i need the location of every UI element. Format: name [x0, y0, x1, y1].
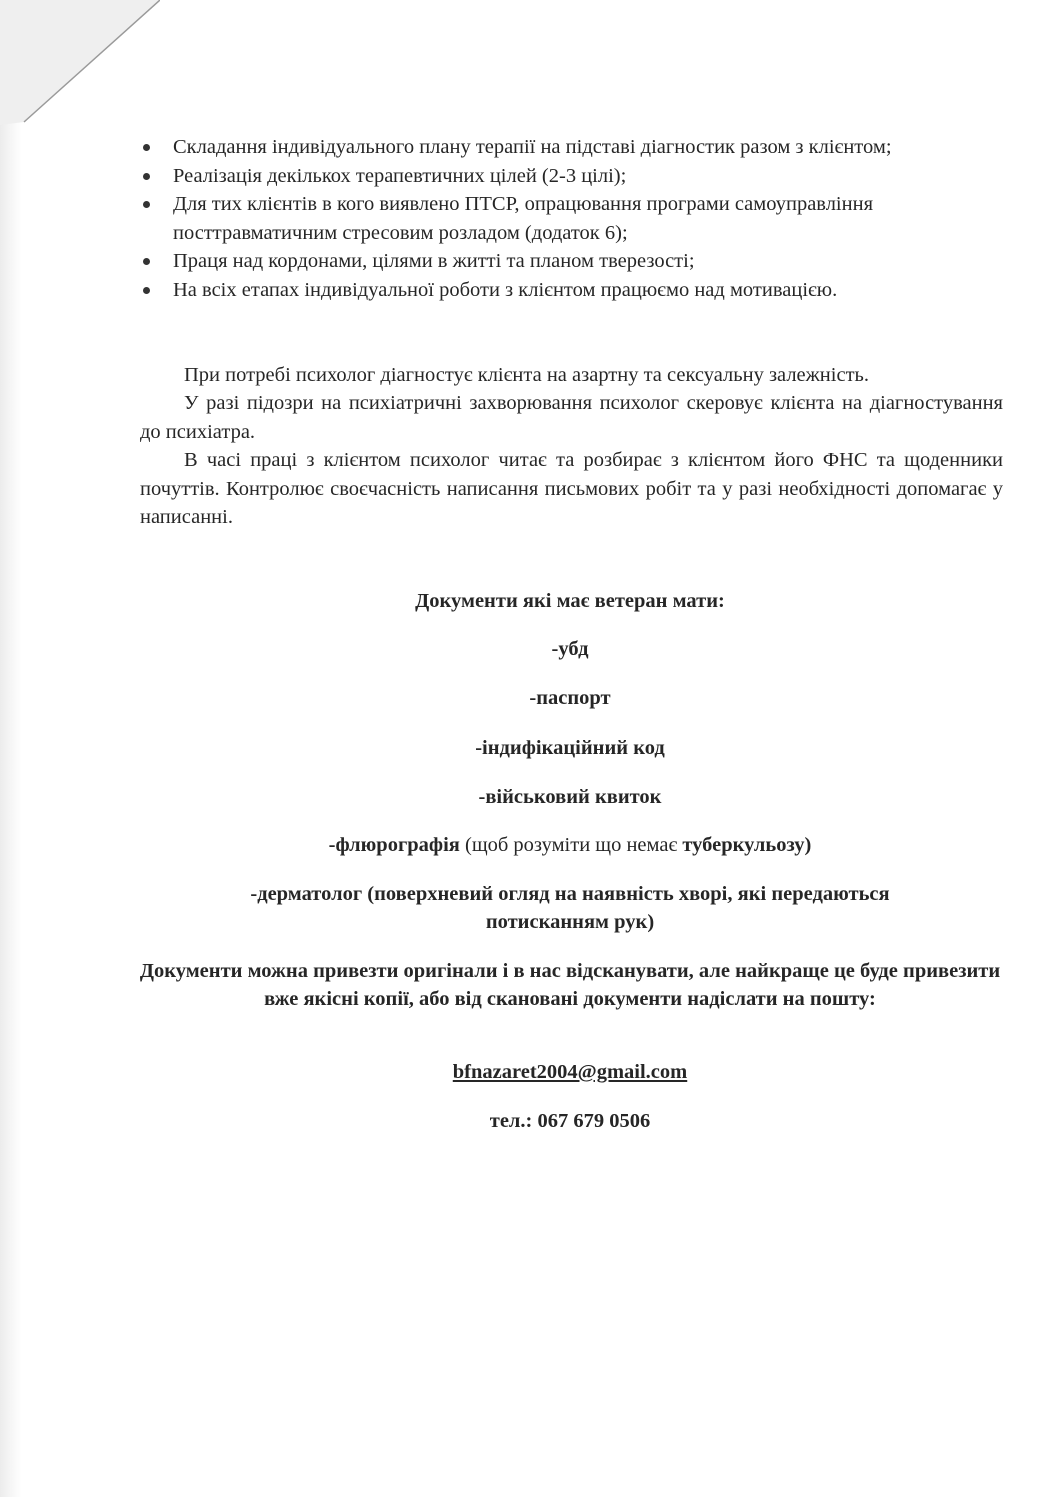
- folded-corner: [0, 0, 160, 125]
- list-item: Складання індивідуального плану терапії …: [140, 133, 1000, 162]
- email-link[interactable]: bfnazaret2004@gmail.com: [130, 1058, 1010, 1086]
- fluoro-note-end: туберкульозу): [682, 834, 811, 856]
- scan-left-edge-shadow: [0, 120, 22, 1497]
- paragraph-psychiatric-referral: У разі підозри на психіатричні захворюва…: [140, 389, 1003, 446]
- document-item: -індифікаційний код: [130, 734, 1010, 762]
- document-item-dermatologist: -дерматолог (поверхневий огляд на наявні…: [230, 880, 910, 936]
- document-item-fluorography: -флюрографія (щоб розуміти що немає тубе…: [130, 831, 1010, 859]
- documents-heading: Документи які має ветеран мати:: [130, 587, 1010, 615]
- list-item: Реалізація декількох терапевтичних цілей…: [140, 162, 1000, 191]
- list-item: Для тих клієнтів в кого виявлено ПТСР, о…: [140, 190, 1000, 247]
- list-item: Праця над кордонами, цілями в житті та п…: [140, 247, 1000, 276]
- paragraph-written-work: В часі праці з клієнтом психолог читає т…: [140, 446, 1003, 532]
- document-item: -військовий квиток: [130, 783, 1010, 811]
- fluoro-label: -флюрографія: [329, 834, 460, 856]
- paragraph-addiction-diagnosis: При потребі психолог діагностує клієнта …: [140, 361, 1003, 390]
- therapy-steps-list: Складання індивідуального плану терапії …: [140, 133, 1000, 304]
- document-item: -паспорт: [130, 684, 1010, 712]
- fluoro-note: (щоб розуміти що немає: [460, 834, 683, 856]
- document-item: -убд: [130, 635, 1010, 663]
- phone-number: тел.: 067 679 0506: [130, 1107, 1010, 1135]
- submission-note: Документи можна привезти оригінали і в н…: [135, 957, 1005, 1013]
- list-item: На всіх етапах індивідуальної роботи з к…: [140, 276, 1000, 305]
